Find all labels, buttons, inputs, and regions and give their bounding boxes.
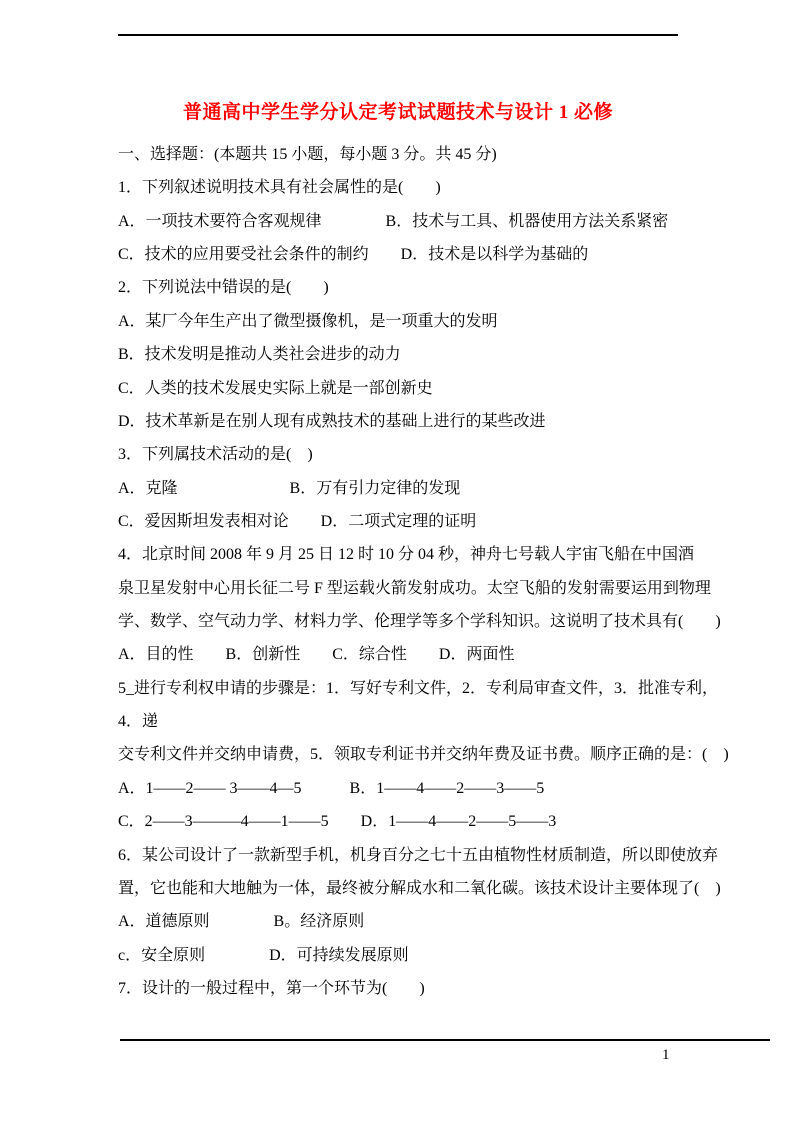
question-6-line-2: 置，它也能和大地触为一体，最终被分解成水和二氧化碳。该技术设计主要体现了( ) [118, 872, 758, 905]
question-2: 2．下列说法中错误的是( ) [118, 271, 758, 304]
question-5-line-3: 交专利文件并交纳申请费，5．领取专利证书并交纳年费及证书费。顺序正确的是：( ) [118, 738, 758, 771]
question-5-options-cd: C．2——3———4——1——5 D．1——4——2——5——3 [118, 805, 758, 838]
section-heading: 一、选择题：(本题共 15 小题，每小题 3 分。共 45 分) [118, 138, 758, 171]
question-6-line-1: 6．某公司设计了一款新型手机，机身百分之七十五由植物性材质制造，所以即使放弃 [118, 839, 758, 872]
question-2-option-c: C．人类的技术发展史实际上就是一部创新史 [118, 372, 758, 405]
page-number: 1 [662, 1046, 670, 1064]
question-7: 7．设计的一般过程中，第一个环节为( ) [118, 972, 758, 1005]
question-3-options-cd: C．爱因斯坦发表相对论 D．二项式定理的证明 [118, 505, 758, 538]
document-body: 一、选择题：(本题共 15 小题，每小题 3 分。共 45 分) 1．下列叙述说… [118, 138, 758, 1005]
question-4-line-2: 泉卫星发射中心用长征二号 F 型运载火箭发射成功。太空飞船的发射需要运用到物理 [118, 572, 758, 605]
question-4-line-3: 学、数学、空气动力学、材料力学、伦理学等多个学科知识。这说明了技术具有( ) [118, 605, 758, 638]
question-1: 1．下列叙述说明技术具有社会属性的是( ) [118, 171, 758, 204]
question-2-option-a: A．某厂今年生产出了微型摄像机，是一项重大的发明 [118, 305, 758, 338]
question-1-options-ab: A．一项技术要符合客观规律 B．技术与工具、机器使用方法关系紧密 [118, 205, 758, 238]
page-title: 普通高中学生学分认定考试试题技术与设计 1 必修 [108, 97, 688, 124]
question-3: 3．下列属技术活动的是( ) [118, 438, 758, 471]
document-page: 普通高中学生学分认定考试试题技术与设计 1 必修 一、选择题：(本题共 15 小… [0, 0, 794, 1123]
footer-rule [120, 1039, 770, 1041]
question-5-options-ab: A．1——2—— 3——4—5 B．1——4——2——3——5 [118, 772, 758, 805]
header-rule [118, 34, 678, 36]
question-2-option-d: D．技术革新是在别人现有成熟技术的基础上进行的某些改进 [118, 405, 758, 438]
question-5-line-2: 4．递 [118, 705, 758, 738]
question-4-line-1: 4．北京时间 2008 年 9 月 25 日 12 时 10 分 04 秒，神舟… [118, 538, 758, 571]
question-1-options-cd: C．技术的应用要受社会条件的制约 D．技术是以科学为基础的 [118, 238, 758, 271]
question-6-options-cd: c．安全原则 D．可持续发展原则 [118, 939, 758, 972]
question-4-options: A．目的性 B．创新性 C．综合性 D．两面性 [118, 638, 758, 671]
question-2-option-b: B．技术发明是推动人类社会进步的动力 [118, 338, 758, 371]
question-5-line-1: 5_进行专利权申请的步骤是：1．写好专利文件，2．专利局审查文件，3．批准专利， [118, 672, 758, 705]
question-6-options-ab: A．道德原则 B。经济原则 [118, 905, 758, 938]
question-3-options-ab: A．克隆 B．万有引力定律的发现 [118, 472, 758, 505]
